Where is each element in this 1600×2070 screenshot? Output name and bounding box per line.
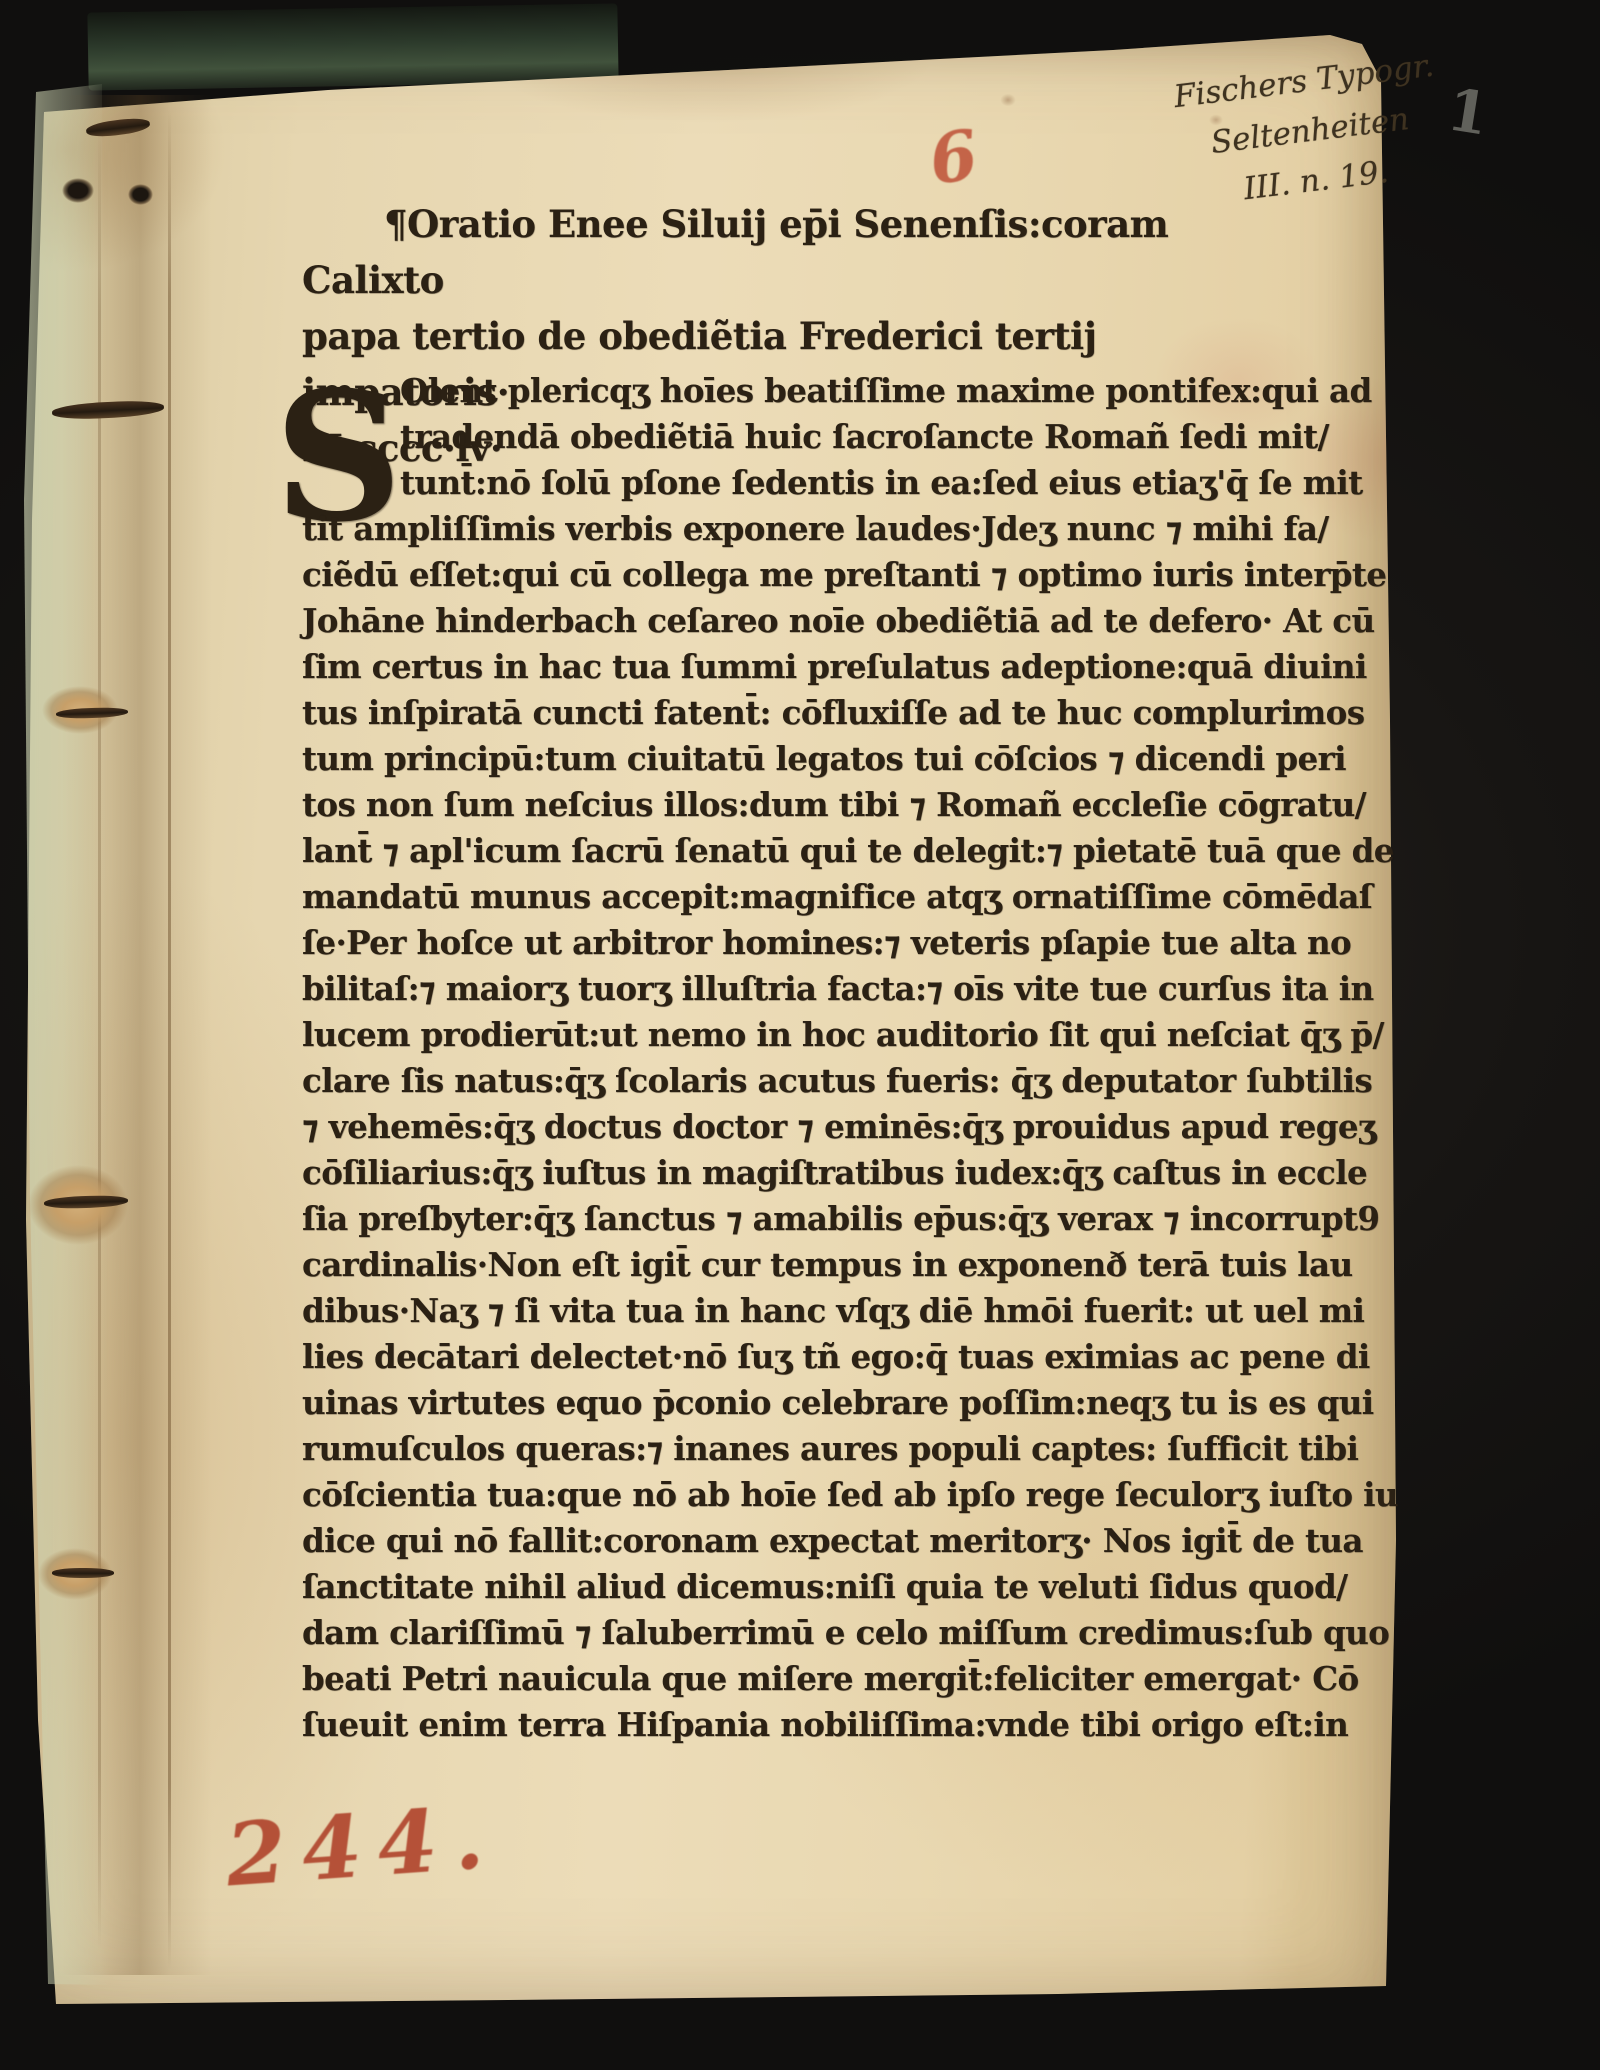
text-line: tit ampliſſimis verbis exponere laudes·J… [302, 506, 1267, 552]
text-line: ⁊ vehemēs:q̄ʒ doctus doctor ⁊ eminēs:q̄ʒ… [302, 1104, 1267, 1150]
sewing-slit-5 [52, 1568, 114, 1578]
text-line: dam clariſſimū ⁊ ſaluberrimū e celo miſſ… [302, 1610, 1267, 1656]
text-line: dibus·Naʒ ⁊ ſi vita tua in hanc vſqʒ diē… [302, 1288, 1267, 1334]
gutter-shadow [62, 95, 212, 1975]
text-line: tos non ſum neſcius illos:dum tibi ⁊ Rom… [302, 782, 1267, 828]
text-line: clare ſis natus:q̄ʒ ſcolaris acutus fuer… [302, 1058, 1267, 1104]
text-line: lies decātari delectet·nō ſuʒ tñ ego:q̄ … [302, 1334, 1267, 1380]
text-line: tunt̄:nō ſolū pſone ſedentis in ea:ſed e… [400, 460, 1267, 506]
text-line: tum principū:tum ciuitatū legatos tui cō… [302, 736, 1267, 782]
text-line: cardinalis·Non eſt igit̄ cur tempus in e… [302, 1242, 1267, 1288]
text-line: lant̄ ⁊ apl'icum ſacrū ſenatū qui te del… [302, 828, 1267, 874]
sewing-hole-left [62, 178, 94, 203]
text-line: tus inſpiratā cuncti fatent̄: cōfluxiſſe… [302, 690, 1267, 736]
text-line: mandatū munus accepit:magnifice atqʒ orn… [302, 874, 1267, 920]
scan-photo: ¶Oratio Enee Siluij ep̄i Senenſis:coram … [0, 0, 1600, 2070]
red-crayon-number-bottom: 244. [223, 1787, 503, 1907]
text-line: cōſcientia tua:que nō ab hoīe ſed ab ipſ… [302, 1472, 1267, 1518]
text-line: rumuſculos queras:⁊ inanes aures populi … [302, 1426, 1267, 1472]
text-line: ſim certus in hac tua ſummi preſulatus a… [302, 644, 1267, 690]
text-line: tradendā obediẽtiā huic ſacroſancte Roma… [400, 414, 1267, 460]
book-block-edge [87, 3, 618, 90]
text-line: Johāne hinderbach ceſareo noīe obediẽtiā… [302, 598, 1267, 644]
text-line: cōſiliarius:q̄ʒ iuſtus in magiſtratibus … [302, 1150, 1267, 1196]
text-line: lucem prodierūt:ut nemo in hoc auditorio… [302, 1012, 1267, 1058]
gutter-crease [168, 110, 171, 1970]
text-line: ſe·Per hoſce ut arbitror homines:⁊ veter… [302, 920, 1267, 966]
printed-body-text: Olent plericqʒ hoīes beatiſſime maxime p… [302, 368, 1267, 1748]
text-line: beati Petri nauicula que miſere mergit̄:… [302, 1656, 1267, 1702]
text-line: uinas virtutes equo p̄conio celebrare po… [302, 1380, 1267, 1426]
text-line: Olent plericqʒ hoīes beatiſſime maxime p… [400, 368, 1267, 414]
text-line: ciẽdū eſſet:qui cū collega me preſtanti … [302, 552, 1267, 598]
sewing-hole-right [128, 184, 153, 205]
text-line: ſueuit enim terra Hiſpania nobiliſſima:v… [302, 1702, 1267, 1748]
text-line: ſanctitate nihil aliud dicemus:niſi quia… [302, 1564, 1267, 1610]
text-line: dice qui nō fallit:coronam expectat meri… [302, 1518, 1267, 1564]
title-line-1: ¶Oratio Enee Siluij ep̄i Senenſis:coram … [302, 196, 1282, 308]
text-line: ſia preſbyter:q̄ʒ ſanctus ⁊ amabilis ep̄… [302, 1196, 1267, 1242]
text-line: bilitaſ:⁊ maiorʒ tuorʒ illuſtria facta:⁊… [302, 966, 1267, 1012]
